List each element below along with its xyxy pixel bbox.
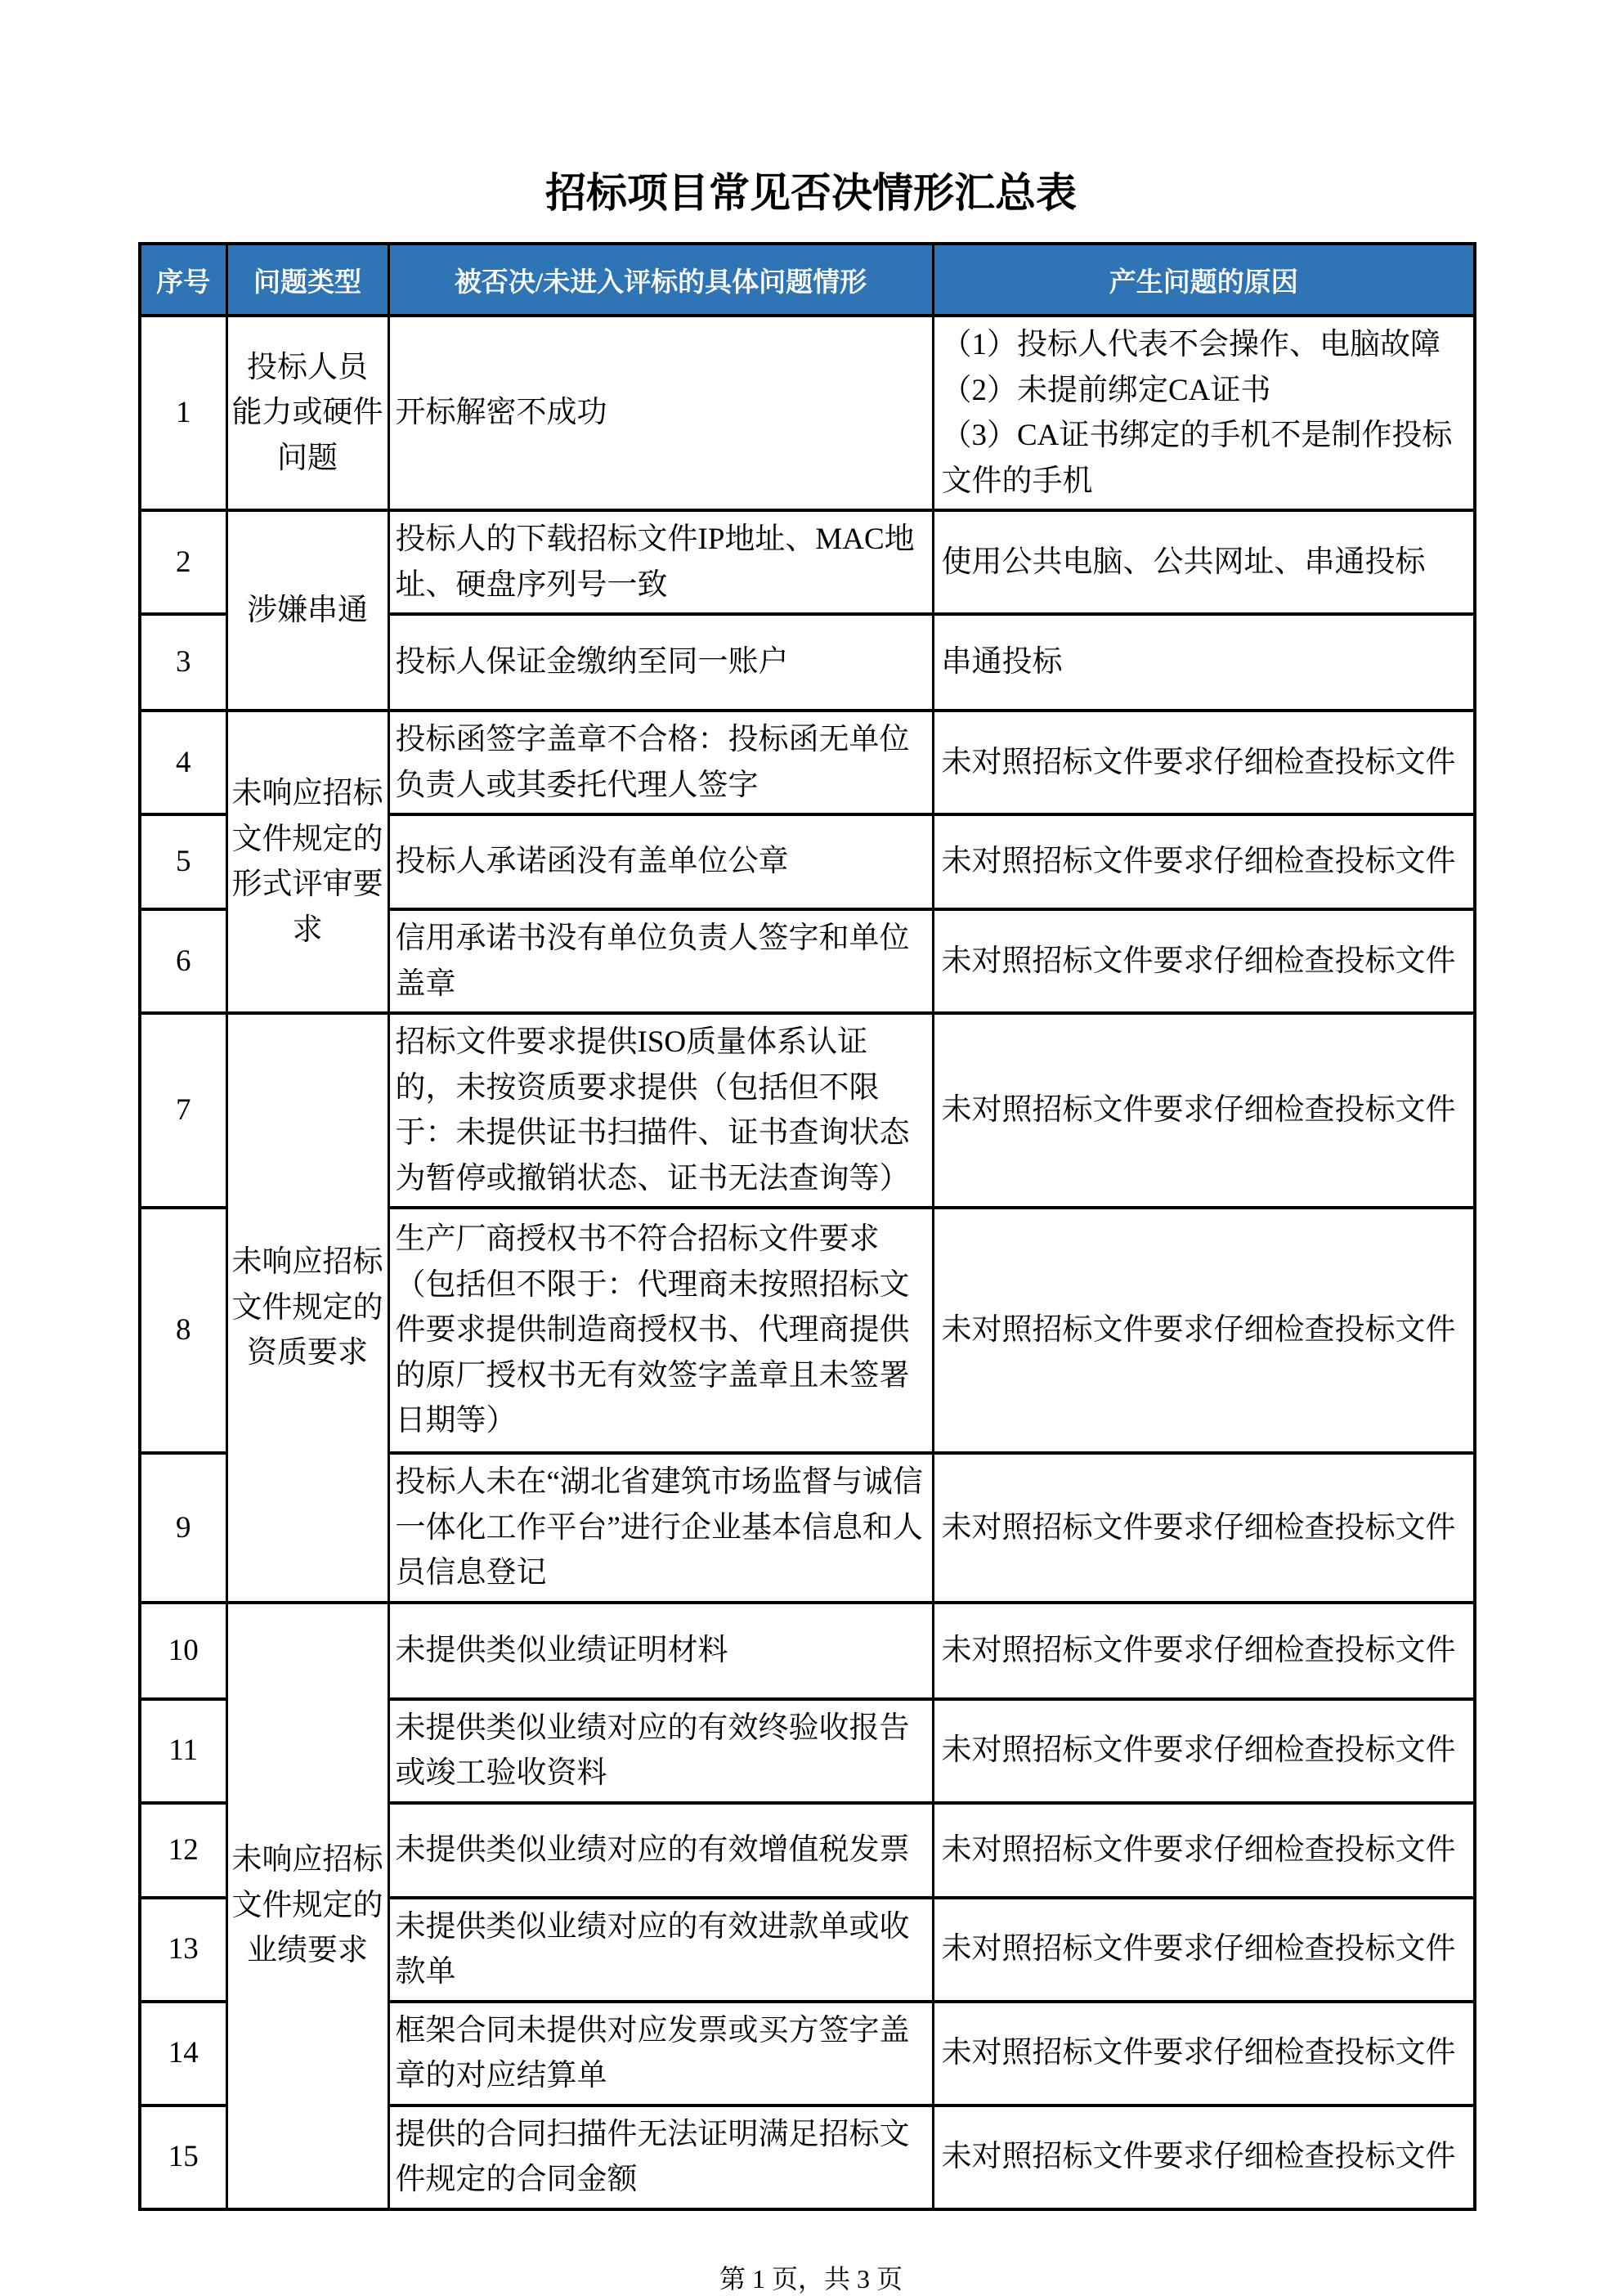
row-number-cell: 2 — [140, 510, 226, 614]
situation-cell: 投标函签字盖章不合格：投标函无单位负责人或其委托代理人签字 — [388, 711, 933, 814]
row-number-cell: 9 — [140, 1453, 226, 1603]
reason-cell: 未对照招标文件要求仔细检查投标文件 — [933, 2002, 1475, 2105]
rejection-summary-table: 序号 问题类型 被否决/未进入评标的具体问题情形 产生问题的原因 1 投标人员 … — [138, 242, 1476, 2211]
reason-cell: 未对照招标文件要求仔细检查投标文件 — [933, 1898, 1475, 2002]
table-row: 4 未响应招标 文件规定的 形式评审要 求 投标函签字盖章不合格：投标函无单位负… — [140, 711, 1475, 814]
page-title: 招标项目常见否决情形汇总表 — [0, 0, 1622, 217]
situation-cell: 信用承诺书没有单位负责人签字和单位盖章 — [388, 909, 933, 1013]
situation-cell: 投标人的下载招标文件IP地址、MAC地址、硬盘序列号一致 — [388, 510, 933, 614]
row-number-cell: 4 — [140, 711, 226, 814]
row-number-cell: 11 — [140, 1699, 226, 1803]
row-number-cell: 10 — [140, 1603, 226, 1699]
situation-cell: 未提供类似业绩对应的有效进款单或收款单 — [388, 1898, 933, 2002]
reason-cell: 使用公共电脑、公共网址、串通投标 — [933, 510, 1475, 614]
problem-type-cell: 未响应招标 文件规定的 业绩要求 — [226, 1603, 388, 2209]
reason-cell: 未对照招标文件要求仔细检查投标文件 — [933, 2105, 1475, 2209]
row-number-cell: 6 — [140, 909, 226, 1013]
situation-cell: 招标文件要求提供ISO质量体系认证的，未按资质要求提供（包括但不限于：未提供证书… — [388, 1013, 933, 1208]
reason-cell: （1）投标人代表不会操作、电脑故障 （2）未提前绑定CA证书 （3）CA证书绑定… — [933, 316, 1475, 510]
table-row: 2 涉嫌串通 投标人的下载招标文件IP地址、MAC地址、硬盘序列号一致 使用公共… — [140, 510, 1475, 614]
row-number-cell: 3 — [140, 614, 226, 711]
problem-type-cell: 涉嫌串通 — [226, 510, 388, 711]
problem-type-cell: 投标人员 能力或硬件 问题 — [226, 316, 388, 510]
header-row: 序号 问题类型 被否决/未进入评标的具体问题情形 产生问题的原因 — [140, 244, 1475, 316]
reason-cell: 未对照招标文件要求仔细检查投标文件 — [933, 1013, 1475, 1208]
reason-cell: 未对照招标文件要求仔细检查投标文件 — [933, 711, 1475, 814]
situation-cell: 开标解密不成功 — [388, 316, 933, 510]
table-row: 1 投标人员 能力或硬件 问题 开标解密不成功 （1）投标人代表不会操作、电脑故… — [140, 316, 1475, 510]
header-col-reason: 产生问题的原因 — [933, 244, 1475, 316]
reason-cell: 未对照招标文件要求仔细检查投标文件 — [933, 1603, 1475, 1699]
row-number-cell: 13 — [140, 1898, 226, 2002]
problem-type-cell: 未响应招标 文件规定的 资质要求 — [226, 1013, 388, 1603]
situation-cell: 框架合同未提供对应发票或买方签字盖章的对应结算单 — [388, 2002, 933, 2105]
reason-cell: 未对照招标文件要求仔细检查投标文件 — [933, 1803, 1475, 1898]
situation-cell: 未提供类似业绩证明材料 — [388, 1603, 933, 1699]
header-col-problem-type: 问题类型 — [226, 244, 388, 316]
situation-cell: 提供的合同扫描件无法证明满足招标文件规定的合同金额 — [388, 2105, 933, 2209]
header-col-index: 序号 — [140, 244, 226, 316]
row-number-cell: 14 — [140, 2002, 226, 2105]
document-page: 招标项目常见否决情形汇总表 序号 问题类型 被否决/未进入评标的具体问题情形 产… — [0, 0, 1622, 2296]
situation-cell: 未提供类似业绩对应的有效终验收报告或竣工验收资料 — [388, 1699, 933, 1803]
row-number-cell: 12 — [140, 1803, 226, 1898]
situation-cell: 投标人未在“湖北省建筑市场监督与诚信一体化工作平台”进行企业基本信息和人员信息登… — [388, 1453, 933, 1603]
page-footer: 第 1 页，共 3 页 — [0, 2258, 1622, 2296]
situation-cell: 未提供类似业绩对应的有效增值税发票 — [388, 1803, 933, 1898]
row-number-cell: 7 — [140, 1013, 226, 1208]
problem-type-cell: 未响应招标 文件规定的 形式评审要 求 — [226, 711, 388, 1013]
table-row: 7 未响应招标 文件规定的 资质要求 招标文件要求提供ISO质量体系认证的，未按… — [140, 1013, 1475, 1208]
situation-cell: 投标人保证金缴纳至同一账户 — [388, 614, 933, 711]
situation-cell: 投标人承诺函没有盖单位公章 — [388, 814, 933, 909]
situation-cell: 生产厂商授权书不符合招标文件要求（包括但不限于：代理商未按照招标文件要求提供制造… — [388, 1208, 933, 1453]
row-number-cell: 15 — [140, 2105, 226, 2209]
header-col-situation: 被否决/未进入评标的具体问题情形 — [388, 244, 933, 316]
row-number-cell: 8 — [140, 1208, 226, 1453]
reason-cell: 未对照招标文件要求仔细检查投标文件 — [933, 814, 1475, 909]
table-row: 10 未响应招标 文件规定的 业绩要求 未提供类似业绩证明材料 未对照招标文件要… — [140, 1603, 1475, 1699]
reason-cell: 未对照招标文件要求仔细检查投标文件 — [933, 1208, 1475, 1453]
reason-cell: 串通投标 — [933, 614, 1475, 711]
reason-cell: 未对照招标文件要求仔细检查投标文件 — [933, 1453, 1475, 1603]
row-number-cell: 5 — [140, 814, 226, 909]
reason-cell: 未对照招标文件要求仔细检查投标文件 — [933, 1699, 1475, 1803]
reason-cell: 未对照招标文件要求仔细检查投标文件 — [933, 909, 1475, 1013]
row-number-cell: 1 — [140, 316, 226, 510]
